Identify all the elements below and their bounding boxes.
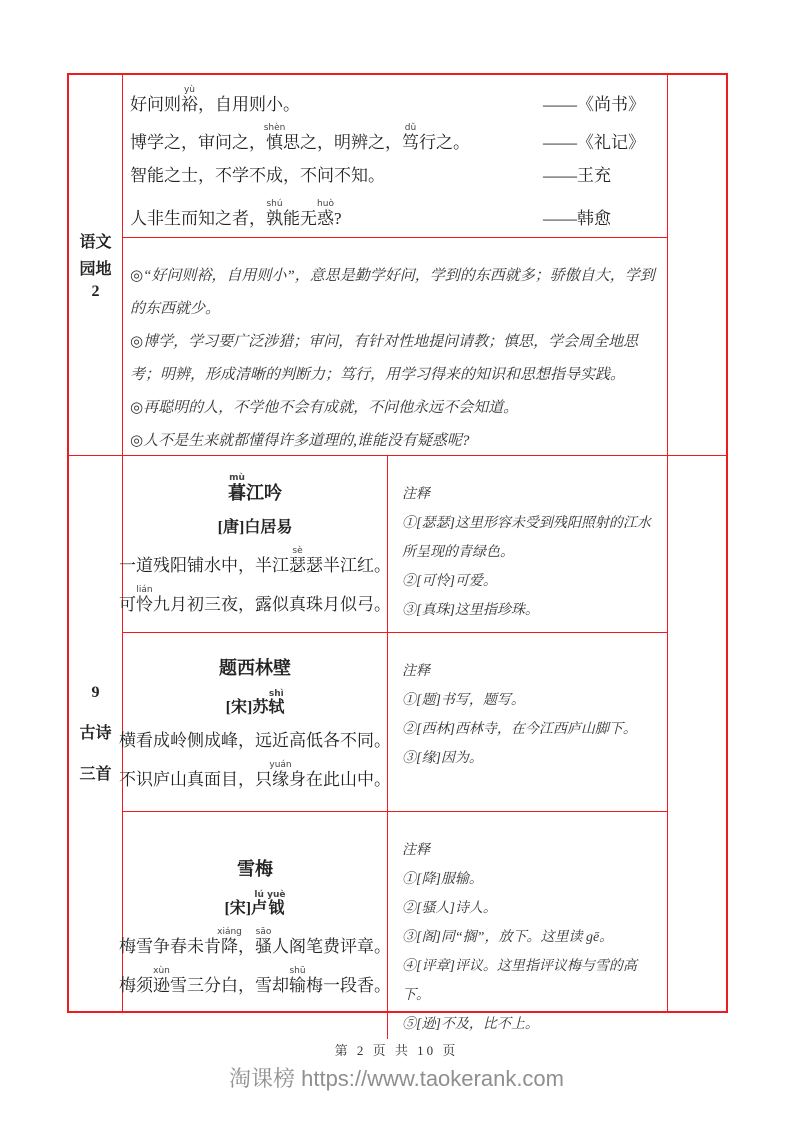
poem-line: 一道残阳铺水中，半江瑟sè瑟半江红。	[119, 546, 391, 576]
explanation-item: ◎人不是生来就都懂得许多道理的,谁能没有疑惑呢?	[130, 425, 657, 458]
note-item: ⑤[逊]不及，比不上。	[402, 1010, 659, 1039]
quote-line: 博学之，审问之，慎shèn思之，明辨之，笃dǔ行之。 ——《礼记》	[130, 123, 657, 161]
quote-line: 人非生而知之者，孰shú能无惑huò? ——韩愈	[130, 199, 657, 237]
poem-tixilinbi: 题西林壁 [宋]苏轼shì 横看成岭侧成峰，远近高低各不同。 不识庐山真面目，只…	[123, 632, 388, 811]
famous-quotes-cell: 好问则裕yù，自用则小。 ——《尚书》 博学之，审问之，慎shèn思之，明辨之，…	[123, 75, 667, 238]
poems-grid: 暮mù江吟 [唐]白居易 一道残阳铺水中，半江瑟sè瑟半江红。 可怜lián九月…	[123, 456, 667, 1039]
poem-line: 梅雪争春未肯降xiáng，骚sāo人阁笔费评章。	[119, 927, 391, 957]
quote-source: ——韩愈	[543, 204, 657, 229]
note-item: ②[可怜]可爱。	[402, 567, 659, 596]
note-item: ③[阁]同“搁”，放下。这里读 gē。	[402, 923, 659, 952]
row-gushi-sanshou: 9 古诗 三首 暮mù江吟 [唐]白居易 一道残阳铺水中，半江瑟sè瑟半江红。 …	[69, 455, 726, 1011]
page-indicator: 第 2 页 共 10 页	[0, 1040, 793, 1059]
label-line: 三首	[79, 761, 111, 784]
quote-text: 博学之，审问之，慎shèn思之，明辨之，笃dǔ行之。	[130, 123, 543, 153]
site-watermark: 淘课榜 https://www.taokerank.com	[0, 1062, 793, 1093]
poem-author: [唐]白居易	[218, 514, 293, 537]
empty-right-cell	[667, 75, 726, 455]
explanation-item: ◎再聪明的人，不学他不会有成就，不问他永远不会知道。	[130, 392, 657, 425]
section-label-gushi-sanshou: 9 古诗 三首	[69, 456, 123, 1011]
poem-line: 梅须逊xùn雪三分白，雪却输shū梅一段香。	[119, 966, 391, 996]
poem-line: 横看成岭侧成峰，远近高低各不同。	[119, 726, 391, 751]
poem-title: 题西林壁	[219, 654, 291, 680]
notes-title: 注释	[402, 836, 659, 865]
poem-title: 雪梅	[237, 855, 273, 881]
poem-xuemei: 雪梅 [宋]卢lú钺yuè 梅雪争春未肯降xiáng，骚sāo人阁笔费评章。 梅…	[123, 811, 388, 1039]
empty-right-cell	[667, 456, 726, 1011]
explanation-item: ◎博学，学习要广泛涉猎；审问，有针对性地提问请教；慎思，学会周全地思考；明辨，形…	[130, 326, 657, 392]
quote-source: ——王充	[543, 161, 657, 186]
note-item: ③[真珠]这里指珍珠。	[402, 596, 659, 625]
note-item: ④[评章]评议。这里指评议梅与雪的高下。	[402, 952, 659, 1010]
quote-source: ——《尚书》	[543, 90, 657, 115]
note-item: ①[瑟瑟]这里形容未受到残阳照射的江水所呈现的青绿色。	[402, 509, 659, 567]
section-label-yuwen-yuandi: 语文 园地 2	[69, 75, 123, 455]
quote-source: ——《礼记》	[543, 128, 657, 153]
document-table: 语文 园地 2 好问则裕yù，自用则小。 ——《尚书》 博学之，审问之，慎shè…	[67, 73, 728, 1013]
notes-title: 注释	[402, 657, 659, 686]
row-yuwen-yuandi: 语文 园地 2 好问则裕yù，自用则小。 ——《尚书》 博学之，审问之，慎shè…	[69, 75, 726, 455]
poem-line: 不识庐山真面目，只缘yuán身在此山中。	[119, 760, 391, 790]
yuwen-main-column: 好问则裕yù，自用则小。 ——《尚书》 博学之，审问之，慎shèn思之，明辨之，…	[123, 75, 667, 455]
poem-notes-mujiangyin: 注释 ①[瑟瑟]这里形容未受到残阳照射的江水所呈现的青绿色。 ②[可怜]可爱。 …	[388, 456, 667, 632]
note-item: ③[缘]因为。	[402, 744, 659, 773]
quote-line: 智能之士，不学不成，不问不知。 ——王充	[130, 161, 657, 199]
note-item: ①[降]服输。	[402, 865, 659, 894]
note-item: ②[骚人]诗人。	[402, 894, 659, 923]
label-line: 古诗	[79, 720, 111, 743]
quote-text: 智能之士，不学不成，不问不知。	[130, 161, 543, 186]
label-line: 2	[92, 283, 100, 301]
poem-line: 可怜lián九月初三夜，露似真珠月似弓。	[119, 585, 391, 615]
note-item: ①[题]书写，题写。	[402, 686, 659, 715]
label-line: 语文	[79, 229, 111, 252]
poem-author: [宋]卢lú钺yuè	[224, 890, 285, 918]
quote-line: 好问则裕yù，自用则小。 ——《尚书》	[130, 85, 657, 123]
poem-notes-xuemei: 注释 ①[降]服输。 ②[骚人]诗人。 ③[阁]同“搁”，放下。这里读 gē。 …	[388, 811, 667, 1039]
explanation-item: ◎“好问则裕，自用则小”，意思是勤学好问，学到的东西就多；骄傲自大，学到的东西就…	[130, 260, 657, 326]
label-line: 9	[92, 684, 100, 702]
quote-text: 人非生而知之者，孰shú能无惑huò?	[130, 199, 543, 229]
poem-title: 暮mù江吟	[228, 473, 282, 505]
notes-title: 注释	[402, 480, 659, 509]
quote-text: 好问则裕yù，自用则小。	[130, 85, 543, 115]
poem-mujiangyin: 暮mù江吟 [唐]白居易 一道残阳铺水中，半江瑟sè瑟半江红。 可怜lián九月…	[123, 456, 388, 632]
quote-explanations-cell: ◎“好问则裕，自用则小”，意思是勤学好问，学到的东西就多；骄傲自大，学到的东西就…	[123, 238, 667, 458]
label-line: 园地	[79, 256, 111, 279]
poems-main-column: 暮mù江吟 [唐]白居易 一道残阳铺水中，半江瑟sè瑟半江红。 可怜lián九月…	[123, 456, 667, 1011]
poem-author: [宋]苏轼shì	[226, 689, 285, 717]
note-item: ②[西林]西林寺，在今江西庐山脚下。	[402, 715, 659, 744]
poem-notes-tixilinbi: 注释 ①[题]书写，题写。 ②[西林]西林寺，在今江西庐山脚下。 ③[缘]因为。	[388, 632, 667, 811]
